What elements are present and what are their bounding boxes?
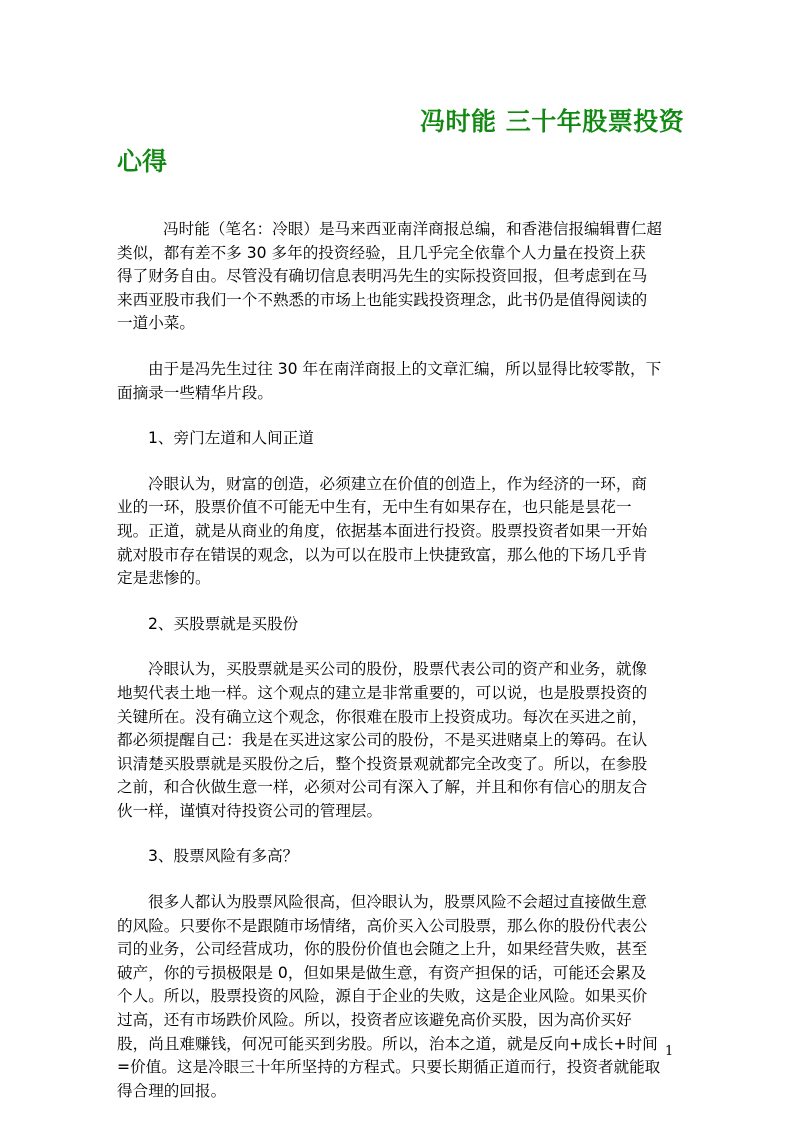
text-line: 一道小菜。 <box>117 312 682 336</box>
text-line: 之前，和合伙做生意一样，必须对公司有深入了解，并且和你有信心的朋友合 <box>117 776 682 800</box>
text-line: 得合理的回报。 <box>117 1080 682 1104</box>
text-line: 很多人都认为股票风险很高，但冷眼认为，股票风险不会超过直接做生意 <box>117 891 682 915</box>
text-line: 个人。所以，股票投资的风险，源自于企业的失败，这是企业风险。如果买价 <box>117 985 682 1009</box>
document-page: 冯时能 三十年股票投资 心得 冯时能（笔名：冷眼）是马来西亚南洋商报总编，和香港… <box>0 0 794 1123</box>
document-title-line2: 心得 <box>117 142 167 178</box>
note-paragraph: 由于是冯先生过往 30 年在南洋商报上的文章汇编，所以显得比较零散，下 面摘录一… <box>117 358 682 405</box>
section-heading-3: 3、股票风险有多高？ <box>117 845 682 869</box>
intro-paragraph: 冯时能（笔名：冷眼）是马来西亚南洋商报总编，和香港信报编辑曹仁超 类似，都有差不… <box>117 218 682 336</box>
text-line: 的风险。只要你不是跟随市场情绪，高价买入公司股票，那么你的股份代表公 <box>117 915 682 939</box>
section-heading-2-block: 2、买股票就是买股份 <box>117 613 682 637</box>
section-heading-1-block: 1、旁门左道和人间正道 <box>117 427 682 451</box>
page-number: 1 <box>665 1044 673 1059</box>
section-2-paragraph: 冷眼认为，买股票就是买公司的股份，股票代表公司的资产和业务，就像 地契代表土地一… <box>117 658 682 823</box>
text-line: 类似，都有差不多 30 多年的投资经验，且几乎完全依靠个人力量在投资上获 <box>117 242 682 266</box>
text-line: 关键所在。没有确立这个观念，你很难在股市上投资成功。每次在买进之前， <box>117 706 682 730</box>
text-line: 伙一样，谨慎对待投资公司的管理层。 <box>117 800 682 824</box>
text-line: 冷眼认为，买股票就是买公司的股份，股票代表公司的资产和业务，就像 <box>117 658 682 682</box>
text-line: 现。正道，就是从商业的角度，依据基本面进行投资。股票投资者如果一开始 <box>117 520 682 544</box>
text-line: 定是悲惨的。 <box>117 567 682 591</box>
document-body: 冯时能（笔名：冷眼）是马来西亚南洋商报总编，和香港信报编辑曹仁超 类似，都有差不… <box>117 218 682 1103</box>
text-line: 面摘录一些精华片段。 <box>117 382 682 406</box>
text-line: 司的业务，公司经营成功，你的股份价值也会随之上升，如果经营失败，甚至 <box>117 938 682 962</box>
section-heading-2: 2、买股票就是买股份 <box>117 613 682 637</box>
text-line: 由于是冯先生过往 30 年在南洋商报上的文章汇编，所以显得比较零散，下 <box>117 358 682 382</box>
text-line: =价值。这是冷眼三十年所坚持的方程式。只要长期循正道而行，投资者就能取 <box>117 1056 682 1080</box>
text-line: 冷眼认为，财富的创造，必须建立在价值的创造上，作为经济的一环，商 <box>117 473 682 497</box>
text-line: 破产，你的亏损极限是 0，但如果是做生意，有资产担保的话，可能还会累及 <box>117 962 682 986</box>
text-line: 都必须提醒自己：我是在买进这家公司的股份，不是买进赌桌上的筹码。在认 <box>117 729 682 753</box>
text-line: 得了财务自由。尽管没有确切信息表明冯先生的实际投资回报，但考虑到在马 <box>117 265 682 289</box>
text-line: 就对股市存在错误的观念，以为可以在股市上快捷致富，那么他的下场几乎肯 <box>117 544 682 568</box>
text-line: 股，尚且难赚钱，何况可能买到劣股。所以，治本之道，就是反向+成长+时间 <box>117 1033 682 1057</box>
text-line: 业的一环，股票价值不可能无中生有，无中生有如果存在，也只能是昙花一 <box>117 496 682 520</box>
text-line: 地契代表土地一样。这个观点的建立是非常重要的，可以说，也是股票投资的 <box>117 682 682 706</box>
text-line: 冯时能（笔名：冷眼）是马来西亚南洋商报总编，和香港信报编辑曹仁超 <box>117 218 682 242</box>
document-title-line1: 冯时能 三十年股票投资 <box>420 102 684 138</box>
text-line: 识清楚买股票就是买股份之后，整个投资景观就都完全改变了。所以，在参股 <box>117 753 682 777</box>
section-1-paragraph: 冷眼认为，财富的创造，必须建立在价值的创造上，作为经济的一环，商 业的一环，股票… <box>117 473 682 591</box>
text-line: 来西亚股市我们一个不熟悉的市场上也能实践投资理念，此书仍是值得阅读的 <box>117 289 682 313</box>
section-heading-3-block: 3、股票风险有多高？ <box>117 845 682 869</box>
section-3-paragraph: 很多人都认为股票风险很高，但冷眼认为，股票风险不会超过直接做生意 的风险。只要你… <box>117 891 682 1103</box>
text-line: 过高，还有市场跌价风险。所以，投资者应该避免高价买股，因为高价买好 <box>117 1009 682 1033</box>
section-heading-1: 1、旁门左道和人间正道 <box>117 427 682 451</box>
